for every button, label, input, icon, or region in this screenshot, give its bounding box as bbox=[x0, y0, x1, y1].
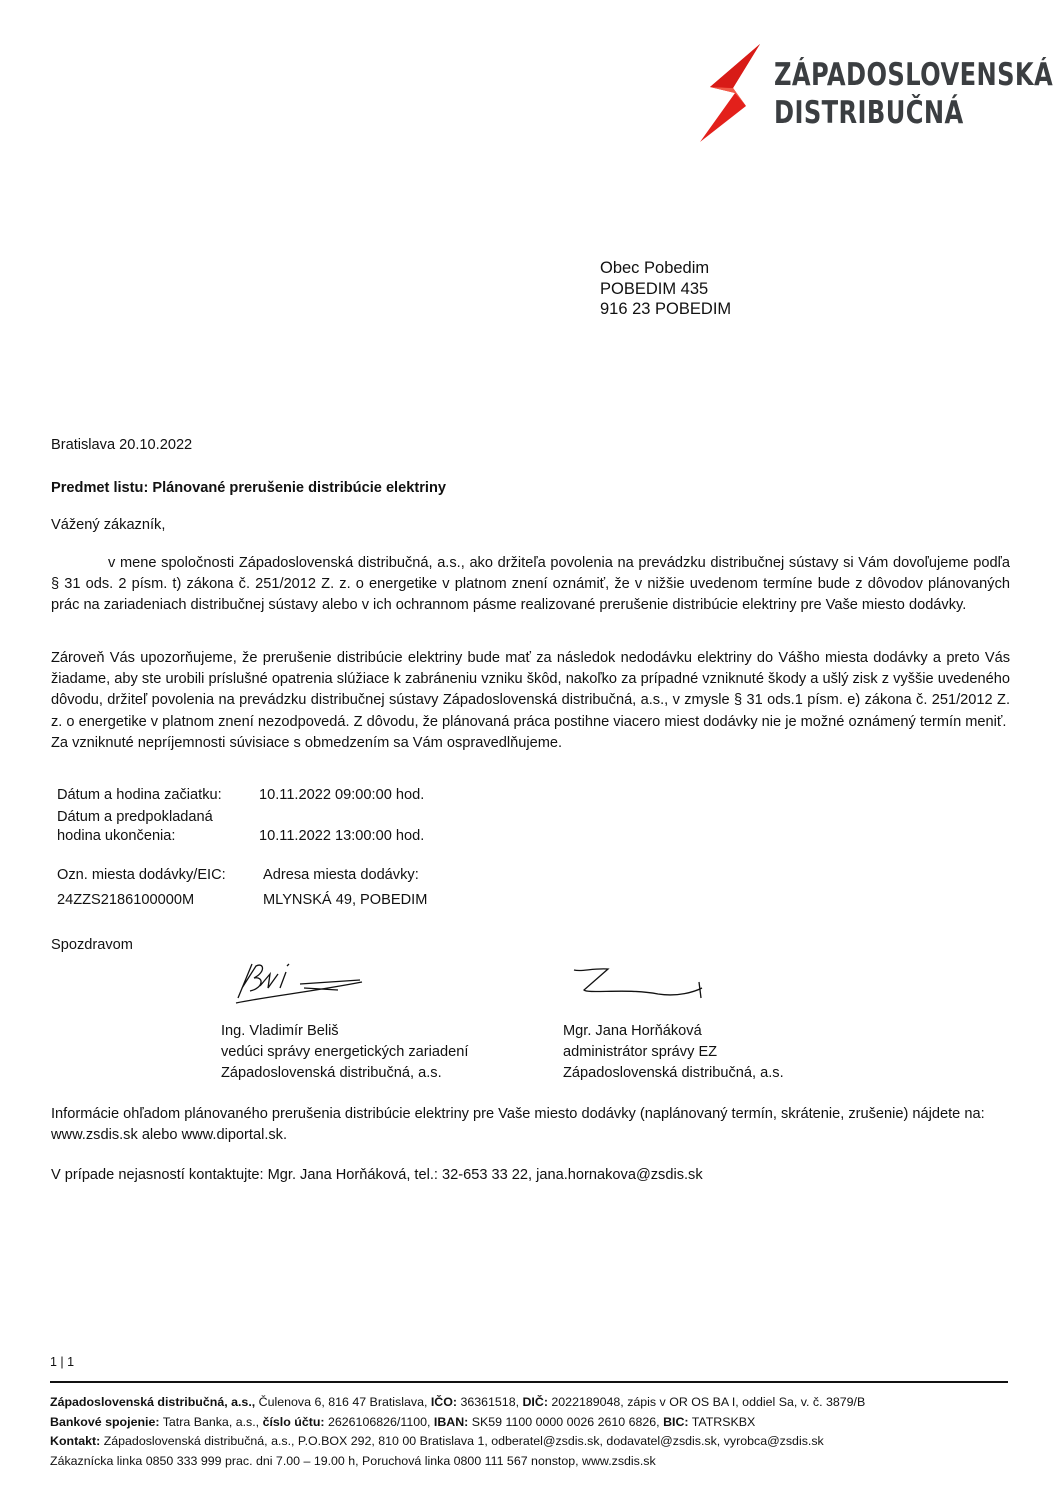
recipient-city: 916 23 POBEDIM bbox=[600, 299, 731, 320]
company-logo-text: ZÁPADOSLOVENSKÁ DISTRIBUČNÁ bbox=[774, 56, 1053, 132]
iban-label: IBAN: bbox=[434, 1415, 468, 1429]
contact-text: V prípade nejasností kontaktujte: Mgr. J… bbox=[51, 1167, 536, 1183]
link-zsdis[interactable]: www.zsdis.sk bbox=[51, 1127, 138, 1143]
link-diportal[interactable]: www.diportal.sk bbox=[182, 1127, 283, 1143]
info-paragraph: Informácie ohľadom plánovaného prerušeni… bbox=[51, 1104, 1011, 1146]
address-value: MLYNSKÁ 49, POBEDIM bbox=[263, 890, 427, 911]
footer-line-bank: Bankové spojenie: Tatra Banka, a.s., čís… bbox=[50, 1413, 865, 1433]
page-number: 1 | 1 bbox=[50, 1355, 74, 1369]
bic-value: TATRSKBX bbox=[689, 1415, 756, 1429]
info-text-mid: alebo bbox=[138, 1127, 182, 1143]
paragraph-warning-text: Zároveň Vás upozorňujeme, že prerušenie … bbox=[51, 650, 1010, 730]
bic-label: BIC: bbox=[663, 1415, 688, 1429]
footer-divider bbox=[50, 1381, 1008, 1383]
iban-value: SK59 1100 0000 0026 2610 6826, bbox=[468, 1415, 663, 1429]
signer-role: vedúci správy energetických zariadení bbox=[221, 1042, 468, 1063]
address-label: Adresa miesta dodávky: bbox=[263, 865, 419, 886]
salutation: Vážený zákazník, bbox=[51, 515, 165, 536]
start-value: 10.11.2022 09:00:00 hod. bbox=[259, 785, 424, 806]
paragraph-warning: Zároveň Vás upozorňujeme, že prerušenie … bbox=[51, 648, 1010, 754]
signature-hornakova bbox=[568, 962, 708, 1004]
contact-value: Západoslovenská distribučná, a.s., P.O.B… bbox=[100, 1434, 823, 1448]
contact-line: V prípade nejasností kontaktujte: Mgr. J… bbox=[51, 1165, 703, 1186]
signer-name: Mgr. Jana Horňáková bbox=[563, 1021, 784, 1042]
company-address: Čulenova 6, 816 47 Bratislava, bbox=[255, 1395, 431, 1409]
signature-belis bbox=[230, 958, 370, 1008]
eic-value: 24ZZS2186100000M bbox=[57, 890, 194, 911]
footer-line-contact: Kontakt: Západoslovenská distribučná, a.… bbox=[50, 1432, 865, 1452]
footer-line-hotline: Zákaznícka linka 0850 333 999 prac. dni … bbox=[50, 1452, 865, 1472]
account-value: 2626106826/1100, bbox=[325, 1415, 434, 1429]
ico-value: 36361518, bbox=[457, 1395, 522, 1409]
recipient-name: Obec Pobedim bbox=[600, 258, 731, 279]
letter-subject: Predmet listu: Plánované prerušenie dist… bbox=[51, 478, 446, 499]
signer-belis: Ing. Vladimír Beliš vedúci správy energe… bbox=[221, 1021, 468, 1084]
contact-email-link[interactable]: jana.hornakova@zsdis.sk bbox=[536, 1167, 703, 1183]
end-label-line1: Dátum a predpokladaná bbox=[57, 807, 213, 828]
contact-label: Kontakt: bbox=[50, 1434, 100, 1448]
recipient-street: POBEDIM 435 bbox=[600, 279, 731, 300]
bank-label: Bankové spojenie: bbox=[50, 1415, 159, 1429]
end-label-line2: hodina ukončenia: bbox=[57, 826, 175, 847]
eic-label: Ozn. miesta dodávky/EIC: bbox=[57, 865, 226, 886]
signer-company: Západoslovenská distribučná, a.s. bbox=[221, 1063, 468, 1084]
recipient-address: Obec Pobedim POBEDIM 435 916 23 POBEDIM bbox=[600, 258, 731, 320]
bank-value: Tatra Banka, a.s., bbox=[159, 1415, 262, 1429]
closing-greeting: Spozdravom bbox=[51, 935, 133, 956]
logo-line-1: ZÁPADOSLOVENSKÁ bbox=[774, 56, 1053, 94]
place-date: Bratislava 20.10.2022 bbox=[51, 435, 192, 456]
logo-line-2: DISTRIBUČNÁ bbox=[774, 94, 1053, 132]
account-label: číslo účtu: bbox=[263, 1415, 325, 1429]
signer-name: Ing. Vladimír Beliš bbox=[221, 1021, 468, 1042]
footer-line-company: Západoslovenská distribučná, a.s., Čulen… bbox=[50, 1393, 865, 1413]
info-text-end: . bbox=[283, 1127, 287, 1143]
end-value: 10.11.2022 13:00:00 hod. bbox=[259, 826, 424, 847]
info-text: Informácie ohľadom plánovaného prerušeni… bbox=[51, 1106, 985, 1122]
signer-role: administrátor správy EZ bbox=[563, 1042, 784, 1063]
lightning-bolt-icon bbox=[698, 42, 764, 144]
signer-hornakova: Mgr. Jana Horňáková administrátor správy… bbox=[563, 1021, 784, 1084]
apology-text: Za vzniknuté nepríjemnosti súvisiace s o… bbox=[51, 735, 562, 751]
start-label: Dátum a hodina začiatku: bbox=[57, 785, 222, 806]
paragraph-notice: v mene spoločnosti Západoslovenská distr… bbox=[51, 553, 1010, 617]
ico-label: IČO: bbox=[431, 1395, 457, 1409]
dic-label: DIČ: bbox=[522, 1395, 547, 1409]
company-name: Západoslovenská distribučná, a.s., bbox=[50, 1395, 255, 1409]
company-footer: Západoslovenská distribučná, a.s., Čulen… bbox=[50, 1393, 865, 1471]
signer-company: Západoslovenská distribučná, a.s. bbox=[563, 1063, 784, 1084]
dic-value: 2022189048, zápis v OR OS BA I, oddiel S… bbox=[548, 1395, 865, 1409]
